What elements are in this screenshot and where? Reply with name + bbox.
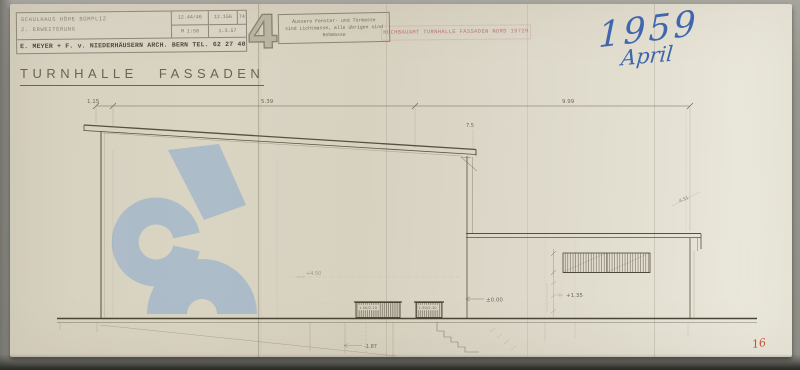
project-line2: 2. ERWEITERUNG: [21, 24, 167, 36]
ref-c-cell: 74: [238, 11, 246, 24]
title-block-upper: SCHULHAUS HÖHE BÜMPLIZ 2. ERWEITERUNG 12…: [17, 11, 246, 40]
drawing-title: TURNHALLE FASSADEN: [20, 66, 264, 86]
page-mark: 16: [751, 336, 767, 351]
ref-row-1: 12.44/46 12.156 74: [172, 11, 246, 25]
handwritten-month: April: [620, 42, 674, 71]
date-cell: 1.3.57: [209, 24, 246, 37]
paper-fold-line: [527, 4, 528, 357]
title-block-ref-grid: 12.44/46 12.156 74 M 1:50 1.3.57: [172, 11, 246, 38]
ref-a-cell: 12.44/46: [172, 11, 209, 24]
drawing-sheet: [10, 4, 792, 357]
ref-row-2: M 1:50 1.3.57: [172, 24, 246, 37]
scale-cell: M 1:50: [172, 25, 209, 38]
scanned-drawing: SCHULHAUS HÖHE BÜMPLIZ 2. ERWEITERUNG 12…: [0, 0, 800, 370]
architect-name: E. MEYER + F. v. NIEDERHÄUSERN ARCH. BER…: [17, 38, 246, 53]
ref-b-cell: 12.156: [209, 11, 238, 24]
sheet-number: 4: [247, 10, 280, 55]
measure-note-stamp: Äussere Fenster- und Türmasse sind Licht…: [278, 12, 391, 44]
paper-fold-line: [386, 4, 387, 357]
project-name-cell: SCHULHAUS HÖHE BÜMPLIZ 2. ERWEITERUNG: [17, 12, 172, 40]
registry-stamp: HOCHBAUAMT TURNHALLE FASSADEN NORD 19729: [381, 24, 531, 41]
scan-bed-bottom-shadow: [0, 354, 800, 370]
title-block: SCHULHAUS HÖHE BÜMPLIZ 2. ERWEITERUNG 12…: [16, 10, 247, 54]
